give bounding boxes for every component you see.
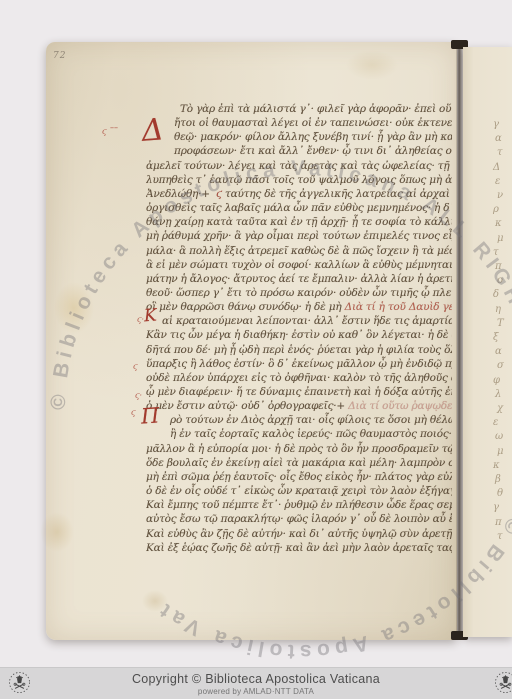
margin-rubric-mark: –– [110, 124, 118, 132]
manuscript-text-segment: μάλα· ἃ πολλὴ ἕξις ἀτρεμεῖ καθὼς δὲ ἃ πῶ… [146, 245, 452, 257]
manuscript-line: Καὶ ἐξ ἑῴας ζωῆς δὲ αὐτῇ· καὶ ἂν ἀεὶ μὴν… [146, 542, 452, 556]
manuscript-line: ὁ δὲ ἐν οἷς οὐδέ τ᾽ εἰκὼς ὧν κραταιᾷ χει… [146, 485, 452, 499]
manuscript-line: ὕπαρξις ἢ λάθος ἐστίν· ὃ δ᾽ ἐκείνως μᾶλλ… [146, 358, 452, 372]
manuscript-text-segment: Τὸ γὰρ ἐπὶ τὰ μάλιστά γ᾽· φιλεῖ γὰρ ἀφορ… [180, 103, 452, 115]
manuscript-text-segment: μᾶλλον ἃ ἡ εὐπορία μοι· ἡ δὲ πρὸς τὸ ὂν … [146, 443, 452, 455]
digitized-manuscript-viewer: 72 Τὸ γὰρ ἐπὶ τὰ μάλιστά γ᾽· φιλεῖ γὰρ ἀ… [0, 0, 512, 699]
facing-page-letter: Τ [497, 319, 504, 329]
manuscript-text-segment: ἤτοι οἱ θαυμασταὶ λέγει οἱ ἐν ταπεινώσει… [174, 117, 452, 129]
facing-page-letter: φ [493, 376, 500, 386]
facing-page-letter: μ [497, 234, 504, 244]
manuscript-line: αἱ κραταιούμεναι λείπονται· ἀλλ᾽ ἔστιν ἥ… [162, 315, 452, 329]
manuscript-line: Ἀνεδλώθη·+ ϛ ταύτης δὲ τῆς ἀγγελικῆς λατ… [146, 188, 452, 202]
manuscript-line: μὴ ῥάθυμά χρῆν· ἃ γὰρ οἶμαι περὶ τούτων … [146, 230, 452, 244]
folio-number: 72 [53, 51, 66, 61]
facing-page-letter: π [495, 262, 502, 272]
manuscript-text-segment: Καὶ ἔμπης τοῦ πέμπτε ἔτ᾽· ῥυθμῷ ἐν πλήθε… [146, 499, 452, 511]
manuscript-text-segment: ὀργισθεὶς ταῖς λαβαῖς μάλα ὧν πᾶν εὐθὺς … [146, 202, 452, 214]
manuscript-line: αὐτὸς ἔσω τῷ παρακλήτῳ· φῶς ἱλαρόν γ᾽ οὗ… [146, 513, 452, 527]
manuscript-line: θεοῦ· ὥσπερ γ᾽ ἔτι τὸ πρόσω καιρόν· οὐδὲ… [146, 287, 452, 301]
facing-page-letter: τ [497, 532, 503, 542]
facing-page: γατΔενρκμτποδηΤξασφλχεωμκβθγπτ [463, 47, 512, 637]
manuscript-text-segment: ὁ μὲν ἔστιν αὐτῷ· οὐδ᾽ ὀρθογραφεῖς·+ [146, 400, 348, 412]
manuscript-line: ὀργισθεὶς ταῖς λαβαῖς μάλα ὧν πᾶν εὐθὺς … [146, 202, 452, 216]
facing-page-letter: ω [495, 432, 503, 442]
facing-page-letter: ε [495, 177, 500, 187]
manuscript-line: Κἂν τις ὦν μέγα ἡ διαθήκη· ἐστὶν οὐ καθ᾽… [146, 329, 452, 343]
manuscript-text-segment: Ἀνεδλώθη·+ [146, 188, 216, 200]
manuscript-line: προφάσεων· ἔτι καὶ ἄλλ᾽ ἔνθεν· ᾧ τινι δι… [174, 145, 452, 159]
facing-page-letter: μ [497, 447, 504, 457]
manuscript-line: Καὶ εὐθὺς ἂν ζῇς δὲ αὐτήν· καὶ δι᾽ αὐτῆς… [146, 528, 452, 542]
manuscript-page: 72 Τὸ γὰρ ἐπὶ τὰ μάλιστά γ᾽· φιλεῖ γὰρ ἀ… [46, 42, 457, 640]
manuscript-line: ρὸ τούτων ἐν Διὸς ἀρχῇ ται· οἷς φίλοις τ… [170, 414, 452, 428]
manuscript-text-segment: αἱ κραταιούμεναι λείπονται· ἀλλ᾽ ἔστιν ἥ… [162, 315, 452, 327]
manuscript-line: ἃ εἰ μὲν σώματι τυχὸν οἱ σοφοί· καλλίων … [146, 259, 452, 273]
rubricated-initial: Κ [143, 308, 157, 326]
facing-page-letter: χ [497, 404, 503, 414]
vatican-library-emblem-icon [494, 671, 512, 694]
parchment-stain [142, 590, 168, 612]
facing-page-letter: β [495, 475, 501, 485]
manuscript-text-segment: οὐδὲ πλέον ὑπάρχει εἰς τὸ ὀφθῆναι· καλὸν… [146, 372, 452, 384]
footer-copyright-text: Copyright © Biblioteca Apostolica Vatica… [0, 672, 512, 686]
facing-page-letter: ο [497, 276, 503, 286]
facing-page-letter: γ [493, 120, 499, 130]
margin-rubric-mark: ϛ [102, 128, 106, 136]
manuscript-text-segment: οἳ μὲν θαρρῶσι θάνῳ συνόδῳ· ἡ δὲ μὴ [146, 301, 345, 313]
manuscript-line: Καὶ ἔμπης τοῦ πέμπτε ἔτ᾽· ῥυθμῷ ἐν πλήθε… [146, 499, 452, 513]
manuscript-text-segment: θάνῃ χαίρῃ κατὰ ταῦτα καὶ ἐν τῇ ἀρχῇ· ᾗ … [146, 216, 452, 228]
facing-page-letter: η [495, 305, 501, 315]
manuscript-text-segment: ἀμελεῖ τούτων· λέγει καὶ τὰς ἀρετὰς καὶ … [146, 160, 452, 172]
manuscript-line: μὴ ἐπὶ σῶμα ῥέῃ ἑαυτοῖς· οἷς ἔθος εἰκὸς … [146, 471, 452, 485]
parchment-stain [54, 282, 94, 334]
margin-rubric-mark: ϛ· [135, 392, 142, 400]
manuscript-line: ἀμελεῖ τούτων· λέγει καὶ τὰς ἀρετὰς καὶ … [146, 160, 452, 174]
facing-page-letter: τ [493, 248, 499, 258]
manuscript-text-segment: προφάσεων· ἔτι καὶ ἄλλ᾽ ἔνθεν· ᾧ τινι δι… [174, 145, 452, 157]
facing-page-letter: ε [493, 418, 498, 428]
rubricated-initial: Δ [141, 115, 165, 146]
manuscript-text-segment: Καὶ εὐθὺς ἂν ζῇς δὲ αὐτήν· καὶ δι᾽ αὐτῆς… [146, 528, 452, 540]
facing-page-letter: ρ [493, 205, 499, 215]
facing-page-letter: α [495, 134, 502, 144]
margin-rubric-mark: ϛ [131, 409, 135, 417]
manuscript-text-segment: ὅδε βουλαῖς ἐν ἐκείνῃ αἰεὶ τὰ μακάρια κα… [146, 457, 452, 469]
manuscript-text-segment: αὐτὸς ἔσω τῷ παρακλήτῳ· φῶς ἱλαρόν γ᾽ οὗ… [146, 513, 452, 525]
manuscript-text-segment: ᾧ μὲν διαφέρειν· ἥ τε δύναμις ἐπαινετὴ κ… [146, 386, 452, 398]
manuscript-line: ἤτοι οἱ θαυμασταὶ λέγει οἱ ἐν ταπεινώσει… [174, 117, 452, 131]
facing-page-letter: γ [493, 503, 499, 513]
facing-page-letter: Δ [493, 163, 500, 173]
manuscript-line: ᾧ μὲν διαφέρειν· ἥ τε δύναμις ἐπαινετὴ κ… [146, 386, 452, 400]
manuscript-text-segment: ἃ εἰ μὲν σώματι τυχὸν οἱ σοφοί· καλλίων … [146, 259, 452, 271]
manuscript-line: οὐδὲ πλέον ὑπάρχει εἰς τὸ ὀφθῆναι· καλὸν… [146, 372, 452, 386]
margin-rubric-mark: ϛ [133, 363, 137, 371]
facing-page-letter: α [495, 347, 502, 357]
facing-page-letter: δ [493, 290, 499, 300]
manuscript-text-segment: Κἂν τις ὦν μέγα ἡ διαθήκη· ἐστὶν οὐ καθ᾽… [146, 329, 452, 341]
manuscript-text-segment: ρὸ τούτων ἐν Διὸς ἀρχῇ ται· οἷς φίλοις τ… [170, 414, 452, 426]
manuscript-text-segment: δῆτά που δέ· μὴ ᾗ ᾠδὴ περὶ ἑνός· ῥύεται … [146, 344, 452, 356]
manuscript-line: θεῷ· μακρόν· φίλον ἄλλης ξυνέβη τινί· ᾗ … [174, 131, 452, 145]
facing-page-letter: π [495, 518, 502, 528]
manuscript-line: δῆτά που δέ· μὴ ᾗ ᾠδὴ περὶ ἑνός· ῥύεται … [146, 344, 452, 358]
manuscript-line: μάλα· ἃ πολλὴ ἕξις ἀτρεμεῖ καθὼς δὲ ἃ πῶ… [146, 245, 452, 259]
manuscript-line: ὅδε βουλαῖς ἐν ἐκείνῃ αἰεὶ τὰ μακάρια κα… [146, 457, 452, 471]
book-gutter [456, 44, 463, 636]
manuscript-line: ἢ ἐν ταῖς ἑορταῖς καλὸς ἱερεύς· πῶς θαυμ… [170, 428, 452, 442]
footer-powered-by-text: powered by AMLAD·NTT DATA [0, 687, 512, 696]
facing-page-letter: κ [495, 219, 502, 229]
manuscript-line: μάτην ἡ ἄλογος· ἄτρυτος ἀεί τε ἔμπαλιν· … [146, 273, 452, 287]
manuscript-text-segment: ἢ ἐν ταῖς ἑορταῖς καλὸς ἱερεύς· πῶς θαυμ… [170, 428, 452, 440]
rubric-heading: Διὰ τί ἡ τοῦ Δαυὶδ γενεὰ καὶ γεν· [345, 301, 452, 313]
facing-page-letter: σ [497, 361, 504, 371]
rubricated-initial: Π [140, 405, 160, 427]
manuscript-text-block: Τὸ γὰρ ἐπὶ τὰ μάλιστά γ᾽· φιλεῖ γὰρ ἀφορ… [146, 103, 452, 559]
margin-rubric-mark: ϛ· [137, 316, 144, 324]
facing-page-letter: λ [495, 390, 501, 400]
rubric-heading: Διὰ τί οὕτω ῥαψῳδεῖ καὶ ὅλης· [348, 400, 452, 412]
manuscript-text-segment: θεοῦ· ὥσπερ γ᾽ ἔτι τὸ πρόσω καιρόν· οὐδὲ… [146, 287, 452, 299]
manuscript-text-segment: μὴ ἐπὶ σῶμα ῥέῃ ἑαυτοῖς· οἷς ἔθος εἰκὸς … [146, 471, 452, 483]
manuscript-line: ὁ μὲν ἔστιν αὐτῷ· οὐδ᾽ ὀρθογραφεῖς·+ Διὰ… [146, 400, 452, 414]
manuscript-text-segment: μάτην ἡ ἄλογος· ἄτρυτος ἀεί τε ἔμπαλιν· … [146, 273, 452, 285]
manuscript-text-segment: ὁ δὲ ἐν οἷς οὐδέ τ᾽ εἰκὼς ὧν κραταιᾷ χει… [146, 485, 452, 497]
parchment-stain [346, 50, 398, 80]
facing-page-letter: ξ [493, 333, 499, 343]
manuscript-line: θάνῃ χαίρῃ κατὰ ταῦτα καὶ ἐν τῇ ἀρχῇ· ᾗ … [146, 216, 452, 230]
manuscript-line: Τὸ γὰρ ἐπὶ τὰ μάλιστά γ᾽· φιλεῖ γὰρ ἀφορ… [180, 103, 452, 117]
facing-page-letter: θ [497, 489, 503, 499]
manuscript-text-segment: μὴ ῥάθυμά χρῆν· ἃ γὰρ οἶμαι περὶ τούτων … [146, 230, 452, 242]
manuscript-line: λυπηθεὶς τ᾽ ἑαυτῷ πᾶσι τοῖς τοῦ ψαλμοῦ λ… [146, 174, 452, 188]
footer-bar: Copyright © Biblioteca Apostolica Vatica… [0, 667, 512, 699]
manuscript-text-segment: ταύτης δὲ τῆς ἀγγελικῆς λατρείας αἱ ἀρχα… [225, 188, 452, 200]
manuscript-text-segment: θεῷ· μακρόν· φίλον ἄλλης ξυνέβη τινί· ᾗ … [174, 131, 452, 143]
facing-page-letter: ν [497, 191, 503, 201]
facing-page-letter: κ [493, 461, 500, 471]
manuscript-text-segment: λυπηθεὶς τ᾽ ἑαυτῷ πᾶσι τοῖς τοῦ ψαλμοῦ λ… [146, 174, 452, 186]
manuscript-line: οἳ μὲν θαρρῶσι θάνῳ συνόδῳ· ἡ δὲ μὴ Διὰ … [146, 301, 452, 315]
manuscript-line: μᾶλλον ἃ ἡ εὐπορία μοι· ἡ δὲ πρὸς τὸ ὂν … [146, 443, 452, 457]
manuscript-text-segment: ὕπαρξις ἢ λάθος ἐστίν· ὃ δ᾽ ἐκείνως μᾶλλ… [146, 358, 452, 370]
facing-page-letter: τ [497, 148, 503, 158]
manuscript-text-segment: ϛ [216, 188, 225, 200]
manuscript-text-segment: Καὶ ἐξ ἑῴας ζωῆς δὲ αὐτῇ· καὶ ἂν ἀεὶ μὴν… [146, 542, 452, 554]
parchment-stain [40, 512, 74, 552]
